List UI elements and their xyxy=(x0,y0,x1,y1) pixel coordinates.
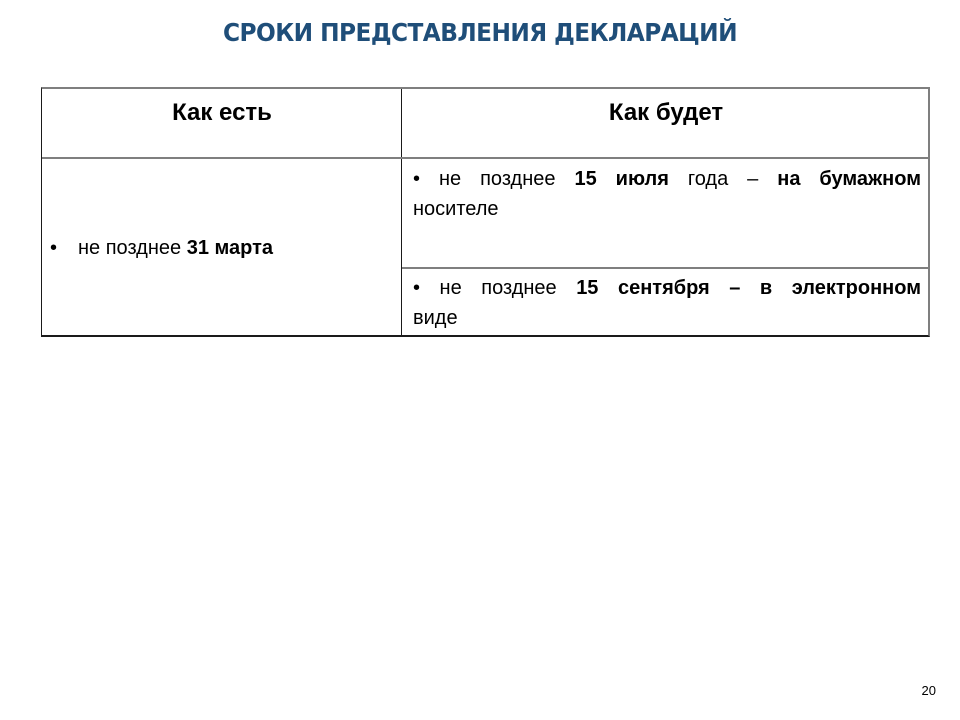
slide-title: СРОКИ ПРЕДСТАВЛЕНИЯ ДЕКЛАРАЦИЙ xyxy=(34,18,927,47)
current-deadline-text: не позднее 31 марта xyxy=(78,233,273,263)
column-divider xyxy=(401,89,402,335)
paper-line1: • не позднее 15 июля года – на бумажном xyxy=(413,164,921,194)
future-deadline-paper: • не позднее 15 июля года – на бумажном … xyxy=(403,161,929,224)
bullet-icon: • xyxy=(50,233,78,263)
paper-line2: носителе xyxy=(413,198,499,220)
row-divider xyxy=(402,267,928,269)
header-current: Как есть xyxy=(42,89,402,158)
electronic-line2: виде xyxy=(413,307,458,329)
bullet-icon: • xyxy=(413,168,420,190)
electronic-line1: • не позднее 15 сентября – в электронном xyxy=(413,273,921,303)
page-number: 20 xyxy=(922,683,936,698)
current-deadline-cell: • не позднее 31 марта xyxy=(42,159,401,337)
bullet-icon: • xyxy=(413,277,420,299)
header-future: Как будет xyxy=(403,89,929,158)
future-deadline-electronic: • не позднее 15 сентября – в электронном… xyxy=(403,271,929,333)
deadlines-table: Как есть Как будет • не позднее 31 марта… xyxy=(41,87,930,337)
